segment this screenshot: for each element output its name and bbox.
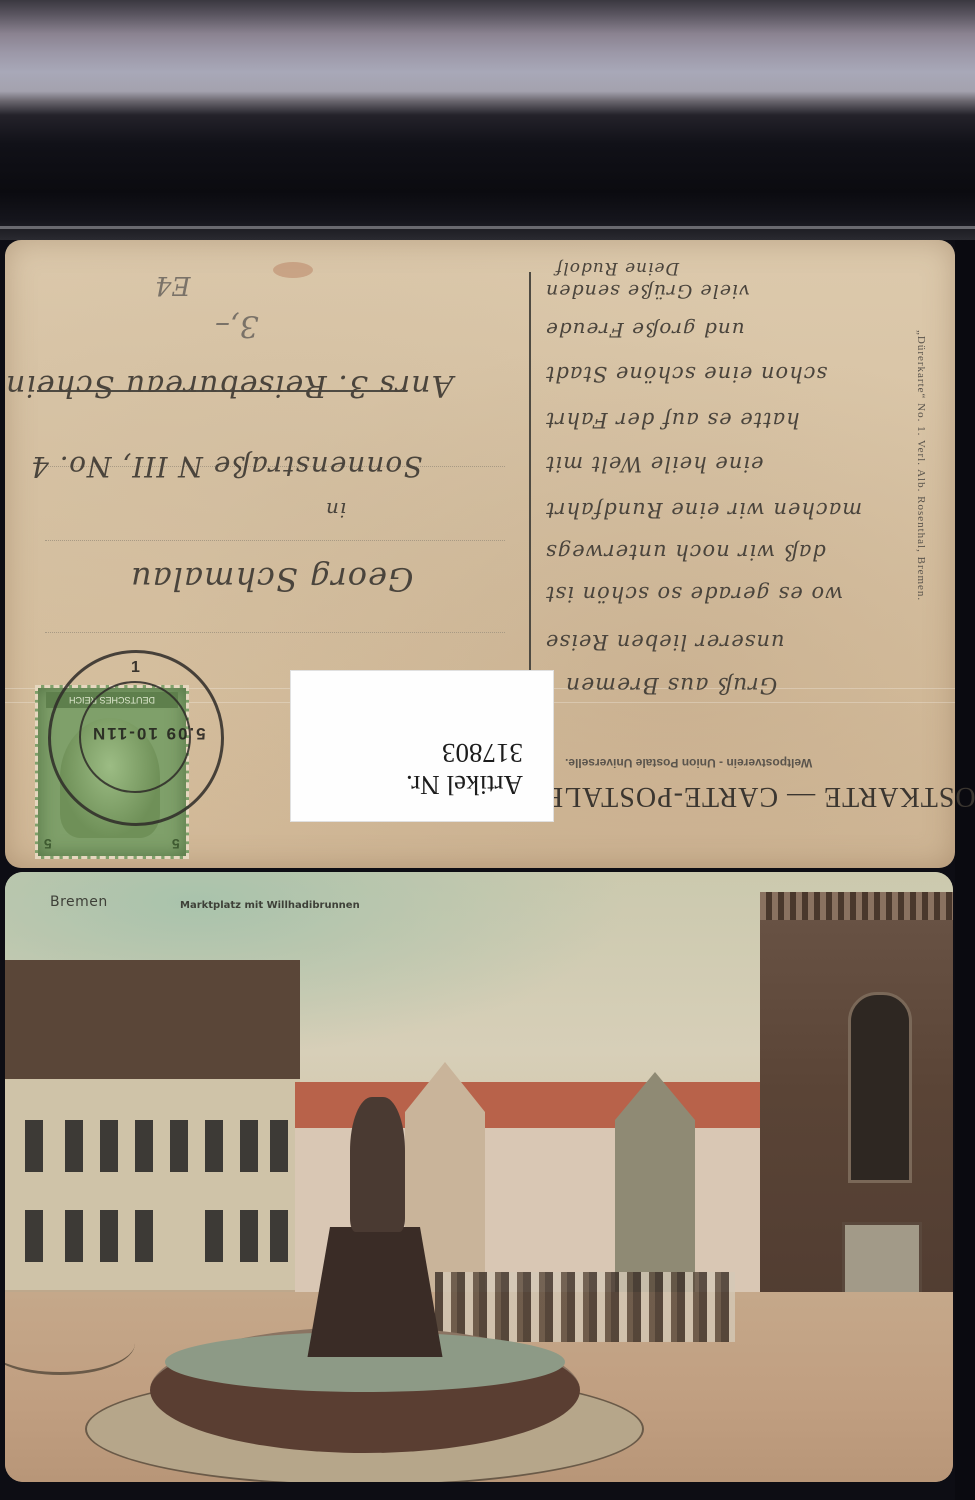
article-number-label: Artikel Nr. 317803 <box>290 670 554 822</box>
pencil-note: 3,– <box>215 308 259 343</box>
front-city: Bremen <box>50 894 108 910</box>
message-line: machen wir eine Rundfahrt <box>545 498 862 522</box>
article-number: 317803 <box>406 737 523 769</box>
article-number-text: Artikel Nr. 317803 <box>406 737 523 801</box>
publisher-line: „Dürerkarte“ No. 1. Verl. Alb. Rosenthal… <box>915 330 927 601</box>
market-stalls <box>435 1272 735 1342</box>
message-line: unserer lieben Reise <box>545 630 785 654</box>
background-sleeve-right <box>955 240 975 1500</box>
postmark: 1 5.09 10-11N <box>48 650 224 826</box>
willehad-statue <box>350 1097 405 1232</box>
postmark-date: 5.09 10-11N <box>91 723 206 743</box>
pencil-note: E4 <box>155 270 191 300</box>
message-line: viele Grüße senden <box>545 280 750 302</box>
stamp-value: 5 <box>172 836 180 852</box>
message-line: daß wir noch unterwegs <box>545 540 826 564</box>
message-line: eine heile Welt mit <box>545 452 763 476</box>
message-line: und große Freude <box>545 318 745 342</box>
address-dotted-line <box>45 632 505 633</box>
message-line: Gruß aus Bremen <box>565 672 777 697</box>
sleeve-edge <box>0 226 975 229</box>
schuetting-building <box>5 960 300 1290</box>
union-line: Weltpostverein - Union Postale Universel… <box>565 756 812 770</box>
message-line: schon eine schöne Stadt <box>545 362 827 386</box>
address-line: in <box>325 498 346 522</box>
postcard-front: Bremen Marktplatz mit Willhadibrunnen <box>5 872 953 1482</box>
message-line: Deine Rudolf <box>555 258 679 278</box>
stamp-value: 5 <box>44 836 52 852</box>
article-label: Artikel Nr. <box>406 769 523 801</box>
address-line: Anrs 3. Reisebureau Schein <box>5 368 453 403</box>
background-sleeve-top <box>0 0 975 240</box>
address-line: Georg Schmalau <box>130 560 414 598</box>
message-line: wo es gerade so schön ist <box>545 582 843 606</box>
front-caption: Marktplatz mit Willhadibrunnen <box>180 900 360 911</box>
gothic-window <box>848 992 912 1183</box>
message-line: hatte es auf der Fahrt <box>545 408 800 432</box>
postmark-office: 1 <box>131 659 140 677</box>
stain <box>273 262 313 278</box>
address-dotted-line <box>45 540 505 541</box>
postcard-title: POSTKARTE — CARTE-POSTALE <box>545 780 975 812</box>
address-line: Sonnenstraße N III, No. 4 <box>30 450 422 483</box>
